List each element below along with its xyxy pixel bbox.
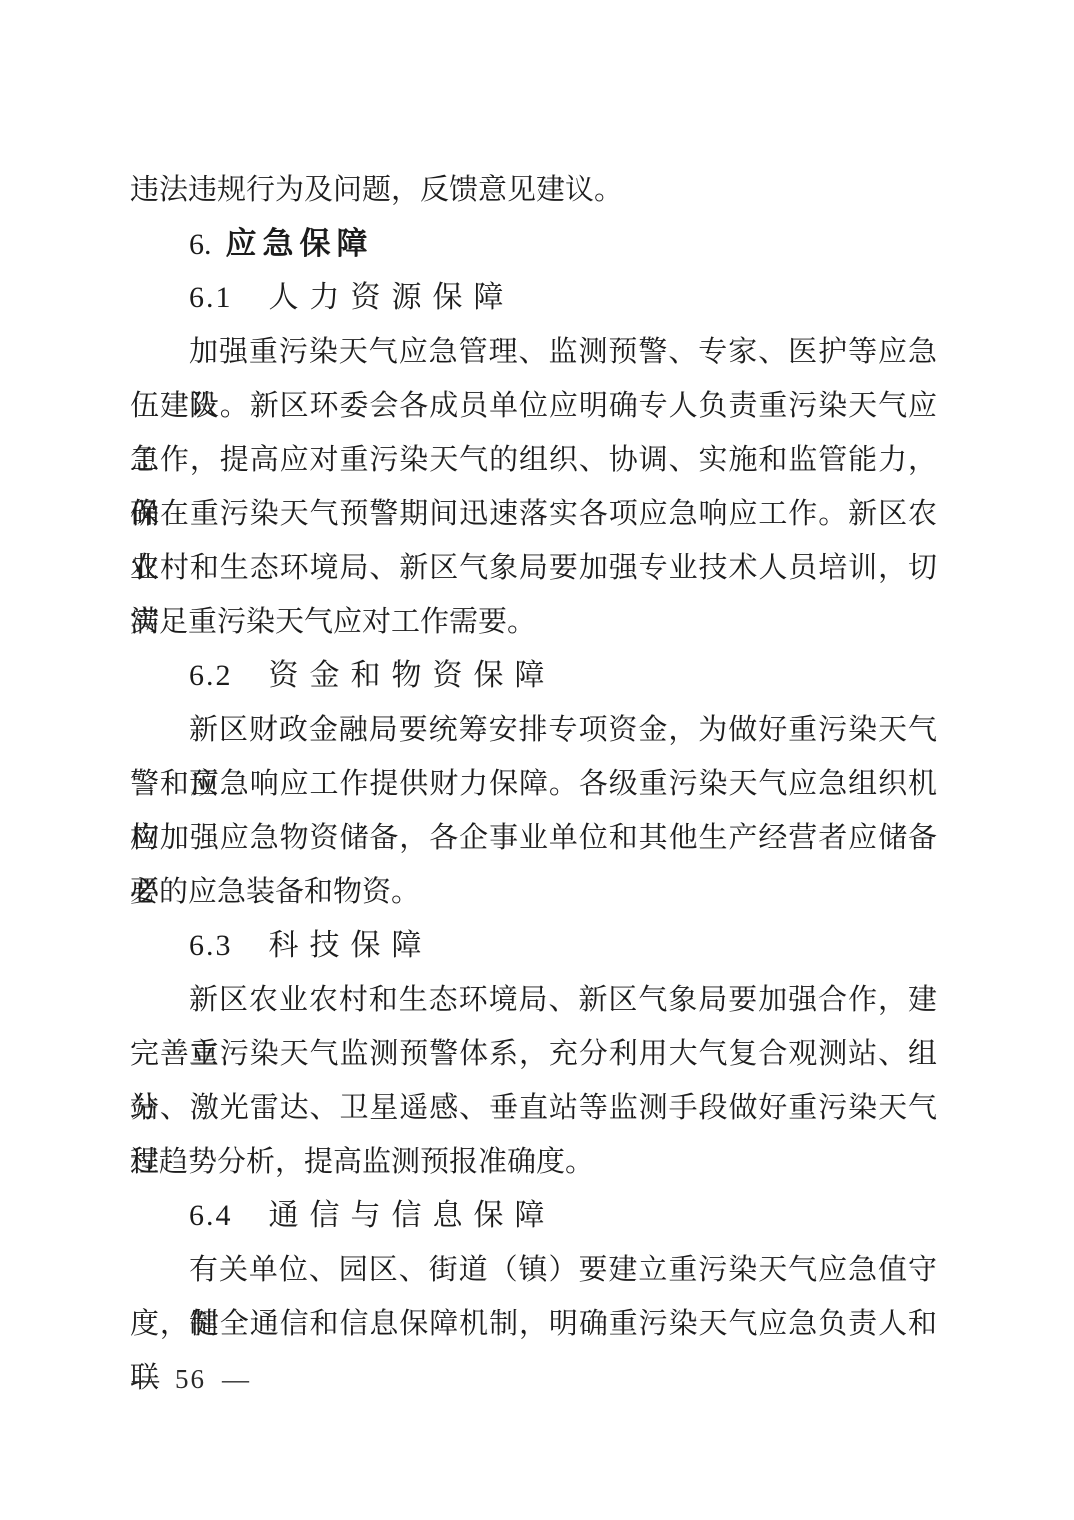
subsection-number: 6.3 — [189, 929, 233, 962]
body-line: 伍建设。新区环委会各成员单位应明确专人负责重污染天气应急 — [130, 379, 937, 433]
subsection-title: 科技保障 — [269, 929, 433, 962]
body-line: 度，健全通信和信息保障机制，明确重污染天气应急负责人和联 — [130, 1297, 937, 1351]
subsection-number: 6.4 — [189, 1199, 233, 1232]
subsection-title: 通信与信息保障 — [269, 1199, 556, 1232]
section-heading-6: 6.应急保障 — [130, 217, 937, 271]
body-line: 满足重污染天气应对工作需要。 — [130, 595, 937, 649]
body-line: 保在重污染天气预警期间迅速落实各项应急响应工作。新区农业 — [130, 487, 937, 541]
body-line: 新区农业农村和生态环境局、新区气象局要加强合作，建立 — [130, 973, 937, 1027]
body-line: 警和应急响应工作提供财力保障。各级重污染天气应急组织机构 — [130, 757, 937, 811]
body-line: 应加强应急物资储备，各企事业单位和其他生产经营者应储备必 — [130, 811, 937, 865]
body-line: 违法违规行为及问题，反馈意见建议。 — [130, 163, 937, 217]
page-footer: —56— — [132, 1352, 249, 1406]
document-page: { "content": { "intro_line": "违法违规行为及问题，… — [0, 0, 1074, 1520]
subsection-title: 人力资源保障 — [269, 281, 515, 314]
section-title: 应急保障 — [226, 226, 374, 261]
subsection-number: 6.2 — [189, 659, 233, 692]
body-line: 农村和生态环境局、新区气象局要加强专业技术人员培训，切实 — [130, 541, 937, 595]
body-line: 工作，提高应对重污染天气的组织、协调、实施和监管能力，确 — [130, 433, 937, 487]
body-line: 加强重污染天气应急管理、监测预警、专家、医护等应急队 — [130, 325, 937, 379]
section-heading-6-2: 6.2资金和物资保障 — [130, 649, 937, 703]
page-body: 违法违规行为及问题，反馈意见建议。 6.应急保障 6.1人力资源保障 加强重污染… — [130, 163, 937, 1351]
body-line: 程趋势分析，提高监测预报准确度。 — [130, 1135, 937, 1189]
section-heading-6-3: 6.3科技保障 — [130, 919, 937, 973]
footer-left-dash: — — [132, 1364, 159, 1394]
body-line: 站、激光雷达、卫星遥感、垂直站等监测手段做好重污染天气过 — [130, 1081, 937, 1135]
subsection-title: 资金和物资保障 — [269, 659, 556, 692]
footer-right-dash: — — [222, 1364, 249, 1394]
section-heading-6-1: 6.1人力资源保障 — [130, 271, 937, 325]
section-heading-6-4: 6.4通信与信息保障 — [130, 1189, 937, 1243]
page-number: 56 — [175, 1364, 206, 1394]
body-line: 要的应急装备和物资。 — [130, 865, 937, 919]
section-number: 6. — [189, 228, 212, 261]
body-line: 完善重污染天气监测预警体系，充分利用大气复合观测站、组分 — [130, 1027, 937, 1081]
body-line: 有关单位、园区、街道（镇）要建立重污染天气应急值守制 — [130, 1243, 937, 1297]
subsection-number: 6.1 — [189, 281, 233, 314]
body-line: 新区财政金融局要统筹安排专项资金，为做好重污染天气预 — [130, 703, 937, 757]
